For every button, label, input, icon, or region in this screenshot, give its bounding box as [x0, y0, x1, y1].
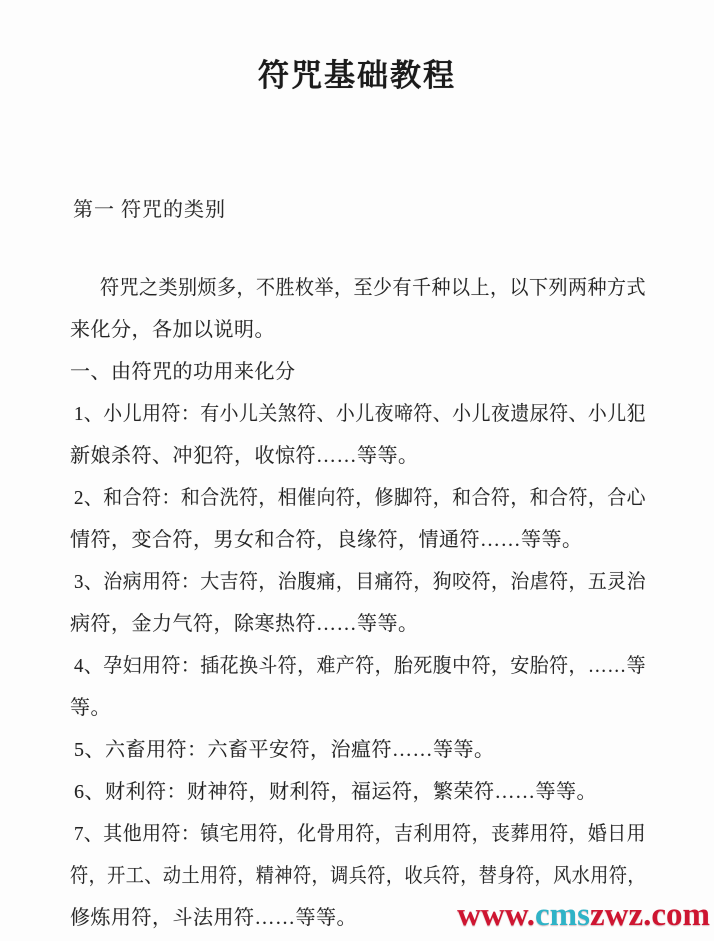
text-line: 新娘杀符、冲犯符，收惊符……等等。: [70, 435, 419, 477]
text-line: 2、和合符：和合洗符，相催向符，修脚符，和合符，和合符，合心: [74, 477, 646, 519]
text-line: 来化分，各加以说明。: [70, 309, 275, 351]
text-line: 3、治病用符：大吉符，治腹痛，目痛符，狗咬符，治虐符，五灵治: [74, 561, 646, 603]
text-line: 1、小儿用符：有小儿关煞符、小儿夜啼符、小儿夜遗尿符、小儿犯: [74, 393, 646, 435]
text-line: 6、财利符：财神符，财利符，福运符，繁荣符……等等。: [74, 771, 597, 813]
text-line: 5、六畜用符：六畜平安符，治瘟符……等等。: [74, 729, 495, 771]
text-line: 等。: [70, 687, 111, 729]
watermark: www.cmszwz.com: [457, 897, 710, 934]
text-line: 情符，变合符，男女和合符，良缘符，情通符……等等。: [70, 519, 583, 561]
document-page: 符咒基础教程 第一 符咒的类别 符咒之类别烦多，不胜枚举，至少有千种以上，以下列…: [0, 0, 714, 941]
watermark-segment: cms: [535, 897, 590, 933]
watermark-segment: zwz.com: [590, 897, 710, 933]
text-line: 符，开工、动土用符，精神符，调兵符，收兵符，替身符，风水用符，: [70, 855, 646, 897]
text-line: 病符，金力气符，除寒热符……等等。: [70, 603, 419, 645]
section-heading: 第一 符咒的类别: [73, 193, 226, 222]
document-body: 符咒之类别烦多，不胜枚举，至少有千种以上，以下列两种方式来化分，各加以说明。一、…: [70, 267, 646, 939]
document-title: 符咒基础教程: [0, 50, 714, 95]
text-line: 4、孕妇用符：插花换斗符，难产符，胎死腹中符，安胎符，……等: [74, 645, 646, 687]
watermark-segment: www.: [457, 897, 535, 933]
text-line: 一、由符咒的功用来化分: [70, 351, 296, 393]
text-line: 符咒之类别烦多，不胜枚举，至少有千种以上，以下列两种方式: [100, 267, 646, 309]
text-line: 修炼用符，斗法用符……等等。: [70, 897, 357, 939]
text-line: 7、其他用符：镇宅用符，化骨用符，吉利用符，丧葬用符，婚日用: [74, 813, 646, 855]
